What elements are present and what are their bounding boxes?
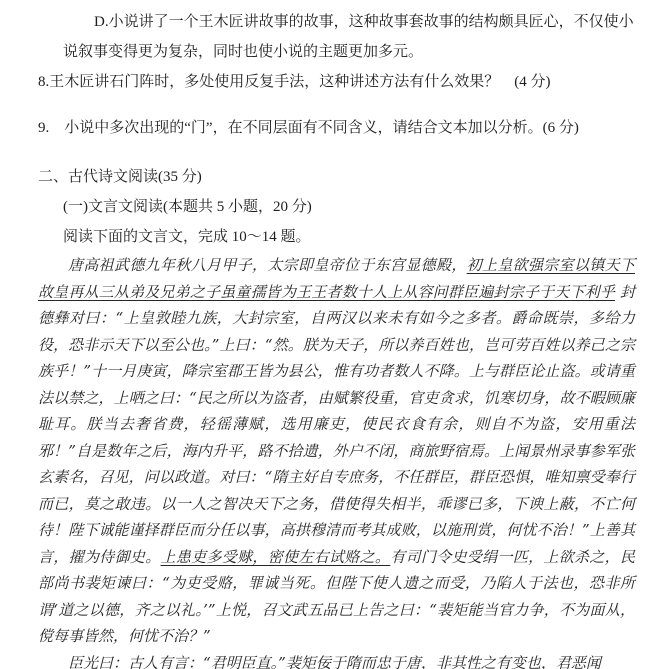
classical-passage-paragraph-1: 唐高祖武德九年秋八月甲子，太宗即皇帝位于东宫显德殿，初上皇欲强宗室以镇天下故皇再… bbox=[38, 252, 635, 650]
choice-option-d: D.小说讲了一个王木匠讲故事的故事，这种故事套故事的结构颇具匠心，不仅使小说叙事… bbox=[63, 7, 635, 67]
passage-text-middle: 封德彝对曰：“上皇敦睦九族，大封宗室，自两汉以来未有如今之多者。爵命既崇，多给力… bbox=[38, 283, 635, 566]
question-8: 8.王木匠讲石门阵时，多处使用反复手法，这种讲述方法有什么效果？ (4 分) bbox=[38, 67, 635, 97]
exam-paper-page: D.小说讲了一个王木匠讲故事的故事，这种故事套故事的结构颇具匠心，不仅使小说叙事… bbox=[0, 0, 660, 669]
commentary-text: 臣光曰：古人有言：“君明臣直。”裴矩佞于隋而忠于唐，非其性之有变也， bbox=[68, 654, 556, 669]
question-9: 9. 小说中多次出现的“门”，在不同层面有不同含义，请结合文本加以分析。(6 分… bbox=[38, 113, 635, 143]
reading-instruction: 阅读下面的文言文，完成 10～14 题。 bbox=[63, 222, 635, 252]
section-heading-ancient-poetry: 二、古代诗文阅读(35 分) bbox=[38, 162, 635, 192]
subsection-heading-classical-reading: (一)文言文阅读(本题共 5 小题，20 分) bbox=[63, 192, 635, 222]
underlined-segment-bribery-test: 上患吏多受赇，密使左右试赂之。 bbox=[161, 548, 391, 566]
classical-passage-paragraph-2-commentary: 臣光曰：古人有言：“君明臣直。”裴矩佞于隋而忠于唐，非其性之有变也，君恶闻 bbox=[38, 650, 635, 669]
underlined-segment-commentary: 君恶闻 bbox=[556, 654, 601, 669]
passage-text-opening: 唐高祖武德九年秋八月甲子，太宗即皇帝位于东宫显德殿， bbox=[68, 256, 467, 274]
